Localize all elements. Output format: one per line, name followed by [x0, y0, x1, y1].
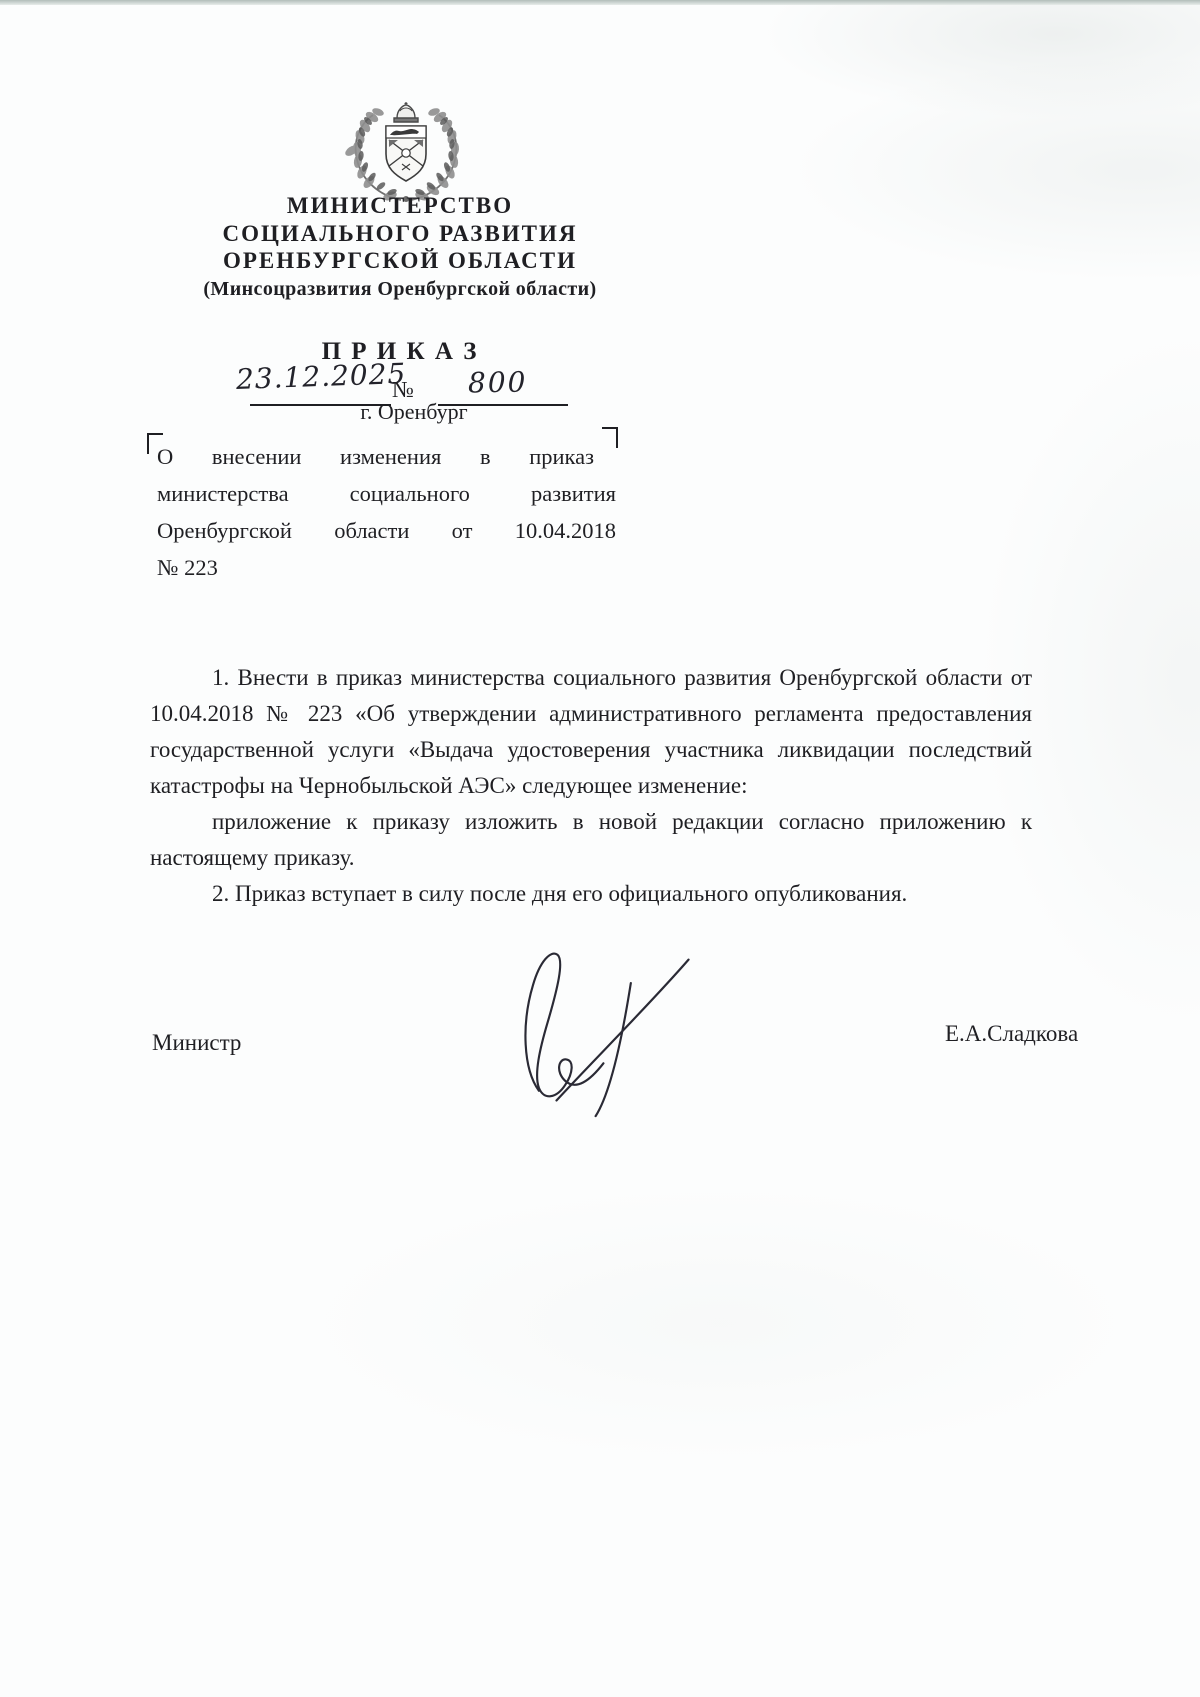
handwritten-order-number: 800	[468, 365, 528, 399]
ministry-short-name: (Минсоцразвития Оренбургской области)	[168, 277, 632, 302]
subject-line-3: Оренбургской области от 10.04.2018	[157, 512, 616, 549]
body-paragraph-3: 2. Приказ вступает в силу после дня его …	[150, 876, 1032, 912]
order-body: 1. Внести в приказ министерства социальн…	[150, 660, 1032, 912]
handwritten-date: 23.12.2025	[235, 357, 406, 396]
body-paragraph-1: 1. Внести в приказ министерства социальн…	[150, 660, 1032, 804]
scanned-order-document: МИНИСТЕРСТВО СОЦИАЛЬНОГО РАЗВИТИЯ ОРЕНБУ…	[0, 0, 1200, 1697]
corner-mark-left	[147, 433, 163, 454]
ministry-name-line-2: СОЦИАЛЬНОГО РАЗВИТИЯ	[168, 220, 632, 248]
signer-position-label: Министр	[152, 1030, 241, 1056]
ministry-name-line-3: ОРЕНБУРГСКОЙ ОБЛАСТИ	[168, 247, 632, 275]
letterhead: МИНИСТЕРСТВО СОЦИАЛЬНОГО РАЗВИТИЯ ОРЕНБУ…	[168, 192, 632, 302]
signer-name: Е.А.Сладкова	[945, 1021, 1078, 1047]
subject-line-1: О внесении изменения в приказ	[157, 438, 616, 475]
scan-edge-artifact	[0, 0, 1200, 5]
handwritten-signature	[488, 943, 713, 1121]
subject-line-4: № 223	[157, 549, 616, 586]
body-paragraph-2: приложение к приказу изложить в новой ре…	[150, 804, 1032, 876]
coat-of-arms-emblem	[331, 102, 481, 206]
city-label: г. Оренбург	[182, 399, 646, 425]
subject-line-2: министерства социального развития	[157, 475, 616, 512]
corner-mark-right	[602, 427, 618, 448]
order-subject: О внесении изменения в приказ министерст…	[157, 438, 616, 586]
ministry-name-line-1: МИНИСТЕРСТВО	[168, 192, 632, 220]
